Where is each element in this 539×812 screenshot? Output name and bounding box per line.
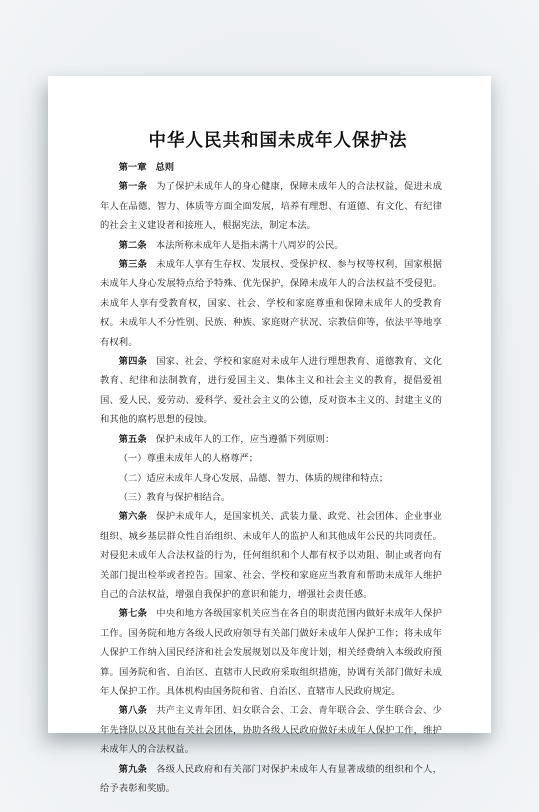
article-text: 共产主义青年团、妇女联合会、工会、青年联合会、学生联合会、少年先锋队以及其他有关… — [100, 705, 442, 755]
document-title: 中华人民共和国未成年人保护法 — [114, 128, 442, 154]
article-label: 第三条 — [119, 259, 148, 270]
principle-item-3: （三）教育与保护相结合。 — [100, 488, 442, 507]
article-text: 为了保护未成年人的身心健康，保障未成年人的合法权益，促进未成年人在品德、智力、体… — [100, 181, 442, 231]
article-label: 第四条 — [119, 356, 148, 367]
article-6: 第六条保护未成年人，是国家机关、武装力量、政党、社会团体、企业事业组织、城乡基层… — [100, 507, 442, 604]
principle-item-1: （一）尊重未成年人的人格尊严； — [100, 449, 442, 468]
article-label: 第六条 — [119, 511, 148, 522]
article-text: 保护未成年人的工作，应当遵循下列原则： — [156, 434, 335, 445]
article-label: 第二条 — [119, 240, 147, 251]
principle-item-2: （二）适应未成年人身心发展、品德、智力、体质的规律和特点； — [100, 469, 442, 488]
article-3: 第三条未成年人享有生存权、发展权、受保护权、参与权等权利，国家根据未成年人身心发… — [100, 255, 442, 352]
article-label: 第七条 — [119, 608, 148, 619]
article-label: 第一条 — [119, 181, 148, 192]
chapter-name: 总则 — [156, 162, 175, 173]
article-7: 第七条中央和地方各级国家机关应当在各自的职责范围内做好未成年人保护工作。国务院和… — [100, 604, 442, 701]
document-page: 中华人民共和国未成年人保护法 第一章总则 第一条为了保护未成年人的身心健康，保障… — [48, 76, 491, 733]
article-text: 保护未成年人，是国家机关、武装力量、政党、社会团体、企业事业组织、城乡基层群众性… — [100, 511, 442, 600]
article-8: 第八条共产主义青年团、妇女联合会、工会、青年联合会、学生联合会、少年先锋队以及其… — [100, 701, 442, 759]
article-1: 第一条为了保护未成年人的身心健康，保障未成年人的合法权益，促进未成年人在品德、智… — [100, 177, 442, 235]
article-4: 第四条国家、社会、学校和家庭对未成年人进行理想教育、道德教育、文化教育、纪律和法… — [100, 352, 442, 430]
article-label: 第八条 — [119, 705, 148, 716]
document-content: 中华人民共和国未成年人保护法 第一章总则 第一条为了保护未成年人的身心健康，保障… — [100, 128, 442, 798]
article-label: 第五条 — [119, 434, 147, 445]
chapter-label: 第一章 — [119, 162, 147, 173]
article-text: 未成年人享有生存权、发展权、受保护权、参与权等权利，国家根据未成年人身心发展特点… — [100, 259, 442, 348]
article-5: 第五条保护未成年人的工作，应当遵循下列原则： — [100, 430, 442, 449]
article-text: 本法所称未成年人是指未满十八周岁的公民。 — [156, 240, 344, 251]
article-text: 国家、社会、学校和家庭对未成年人进行理想教育、道德教育、文化教育、纪律和法制教育… — [100, 356, 442, 425]
article-9: 第九条各级人民政府和有关部门对保护未成年人有显著成绩的组织和个人，给予表彰和奖励… — [100, 760, 442, 799]
article-2: 第二条本法所称未成年人是指未满十八周岁的公民。 — [100, 236, 442, 255]
article-text: 中央和地方各级国家机关应当在各自的职责范围内做好未成年人保护工作。国务院和地方各… — [100, 608, 442, 697]
chapter-heading: 第一章总则 — [100, 158, 442, 177]
article-text: 各级人民政府和有关部门对保护未成年人有显著成绩的组织和个人，给予表彰和奖励。 — [100, 764, 442, 794]
article-label: 第九条 — [119, 764, 148, 775]
